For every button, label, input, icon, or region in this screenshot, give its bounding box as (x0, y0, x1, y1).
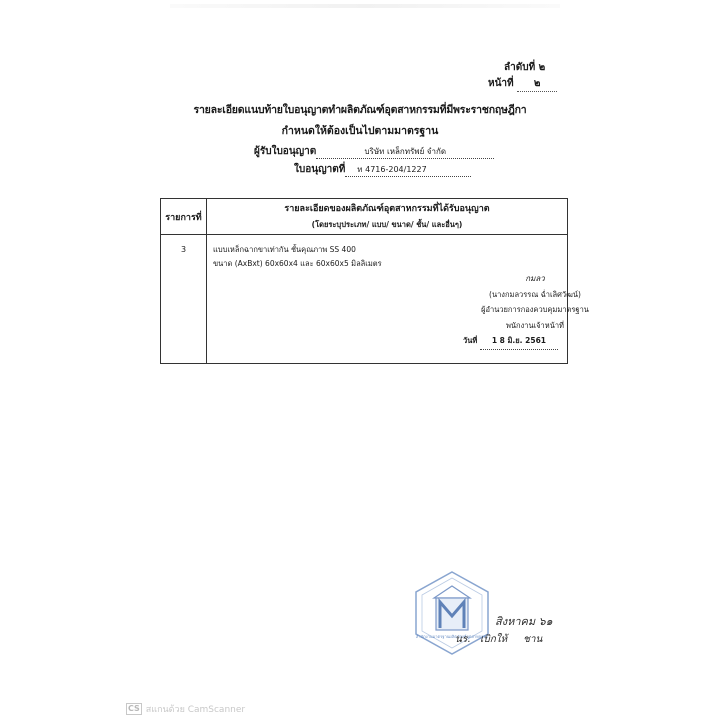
document-subtitle: กำหนดให้ต้องเป็นไปตามมาตรฐาน (0, 122, 720, 139)
licensee-value: บริษัท เหล็กทรัพย์ จำกัด (316, 145, 494, 159)
handwritten-end: ชาน (523, 634, 542, 645)
table-header-row: รายการที่ รายละเอียดของผลิตภัณฑ์อุตสาหกร… (161, 199, 568, 235)
signature-scrawl: กมลว (445, 271, 625, 287)
page-label: หน้าที่ (488, 78, 514, 89)
sequence-label: ลำดับที่ (504, 62, 535, 73)
page-number: หน้าที่ ๒ (488, 76, 557, 92)
licensee-field: ผู้รับใบอนุญาตบริษัท เหล็กทรัพย์ จำกัด (254, 144, 494, 159)
license-number-label: ใบอนุญาตที่ (294, 164, 345, 175)
handwritten-initials: นร. เบิกให้ ชาน (455, 632, 542, 647)
signatory-role: พนักงานเจ้าหน้าที่ (445, 318, 625, 334)
document-page: ลำดับที่ ๒ หน้าที่ ๒ รายละเอียดแนบท้ายใบ… (0, 0, 720, 720)
page-value: ๒ (517, 76, 557, 92)
bleed-through-text (170, 4, 560, 8)
camscanner-logo-icon: CS (126, 703, 142, 715)
handwritten-mid: เบิกให้ (480, 634, 507, 645)
date-label: วันที่ (463, 336, 477, 345)
column-header-description: รายละเอียดของผลิตภัณฑ์อุตสาหกรรมที่ได้รั… (207, 199, 568, 235)
document-title: รายละเอียดแนบท้ายใบอนุญาตทำผลิตภัณฑ์อุตส… (0, 101, 720, 118)
handwritten-prefix: นร. (455, 634, 470, 645)
signatory-position: ผู้อำนวยการกองควบคุมมาตรฐาน (445, 302, 625, 318)
description-subheader-text: (โดยระบุประเภท/ แบบ/ ขนาด/ ชั้น/ และอื่น… (207, 217, 567, 232)
license-number-value: ท 4716-204/1227 (345, 163, 471, 177)
signature-date: วันที่ 1 8 มิ.ย. 2561 (445, 333, 625, 350)
handwritten-note: สิงหาคม ๖๑ (495, 612, 553, 630)
description-header-text: รายละเอียดของผลิตภัณฑ์อุตสาหกรรมที่ได้รั… (207, 202, 567, 217)
sequence-number: ลำดับที่ ๒ (504, 60, 545, 75)
sequence-value: ๒ (539, 62, 546, 73)
watermark-text: สแกนด้วย CamScanner (146, 702, 245, 716)
item-description-cell: แบบเหล็กฉากขาเท่ากัน ชั้นคุณภาพ SS 400 ข… (207, 235, 568, 364)
item-description-line2: ขนาด (AxBxt) 60x60x4 และ 60x60x5 มิลลิเม… (213, 257, 567, 271)
signatory-name: (นางกมลวรรณ ฉ่ำเลิศวัฒน์) (445, 287, 625, 303)
license-number-field: ใบอนุญาตที่ท 4716-204/1227 (294, 162, 471, 177)
licensee-label: ผู้รับใบอนุญาต (254, 146, 316, 157)
column-header-item-no: รายการที่ (161, 199, 207, 235)
item-description-line1: แบบเหล็กฉากขาเท่ากัน ชั้นคุณภาพ SS 400 (213, 243, 567, 257)
signature-block: กมลว (นางกมลวรรณ ฉ่ำเลิศวัฒน์) ผู้อำนวยก… (445, 271, 625, 350)
item-number-cell: 3 (161, 235, 207, 364)
product-details-table: รายการที่ รายละเอียดของผลิตภัณฑ์อุตสาหกร… (160, 198, 568, 364)
camscanner-watermark: CS สแกนด้วย CamScanner (126, 702, 245, 716)
date-value: 1 8 มิ.ย. 2561 (480, 333, 558, 350)
table-row: 3 แบบเหล็กฉากขาเท่ากัน ชั้นคุณภาพ SS 400… (161, 235, 568, 364)
